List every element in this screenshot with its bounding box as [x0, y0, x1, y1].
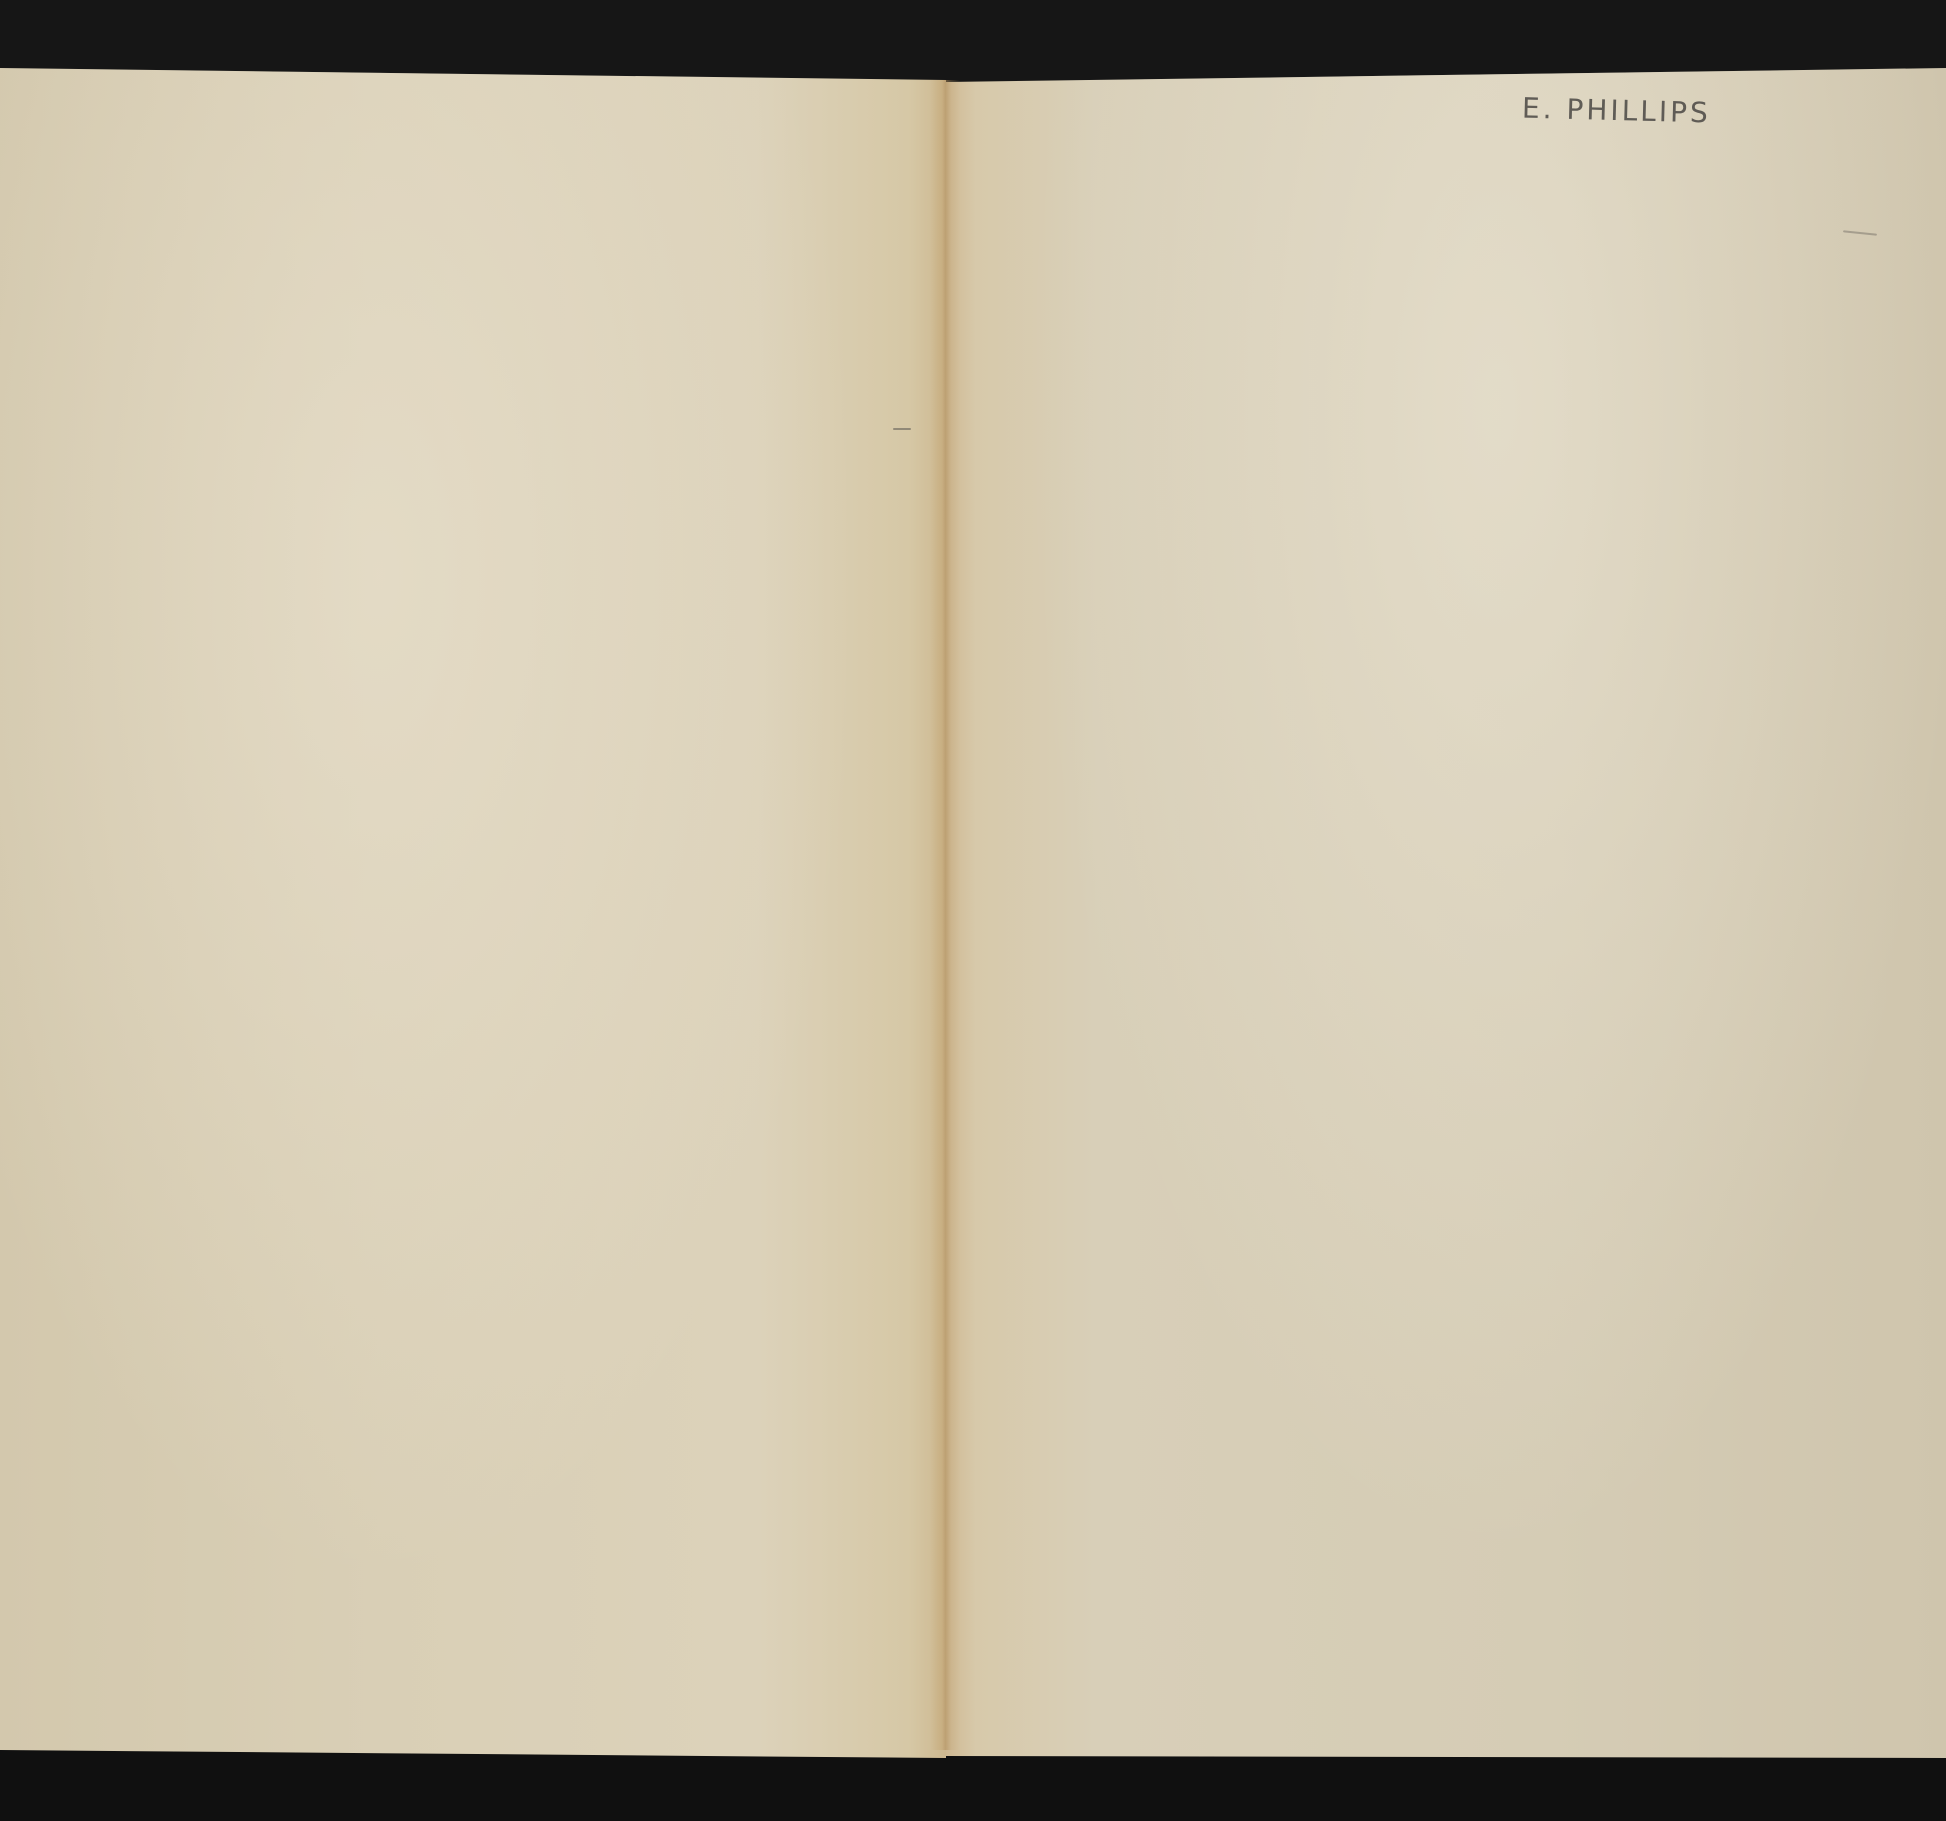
left-page [0, 68, 946, 1758]
handwritten-name: E. PHILLIPS [1522, 92, 1712, 130]
pencil-mark-left [893, 428, 911, 430]
right-page [946, 68, 1946, 1758]
photo-scene: E. PHILLIPS [0, 0, 1946, 1821]
